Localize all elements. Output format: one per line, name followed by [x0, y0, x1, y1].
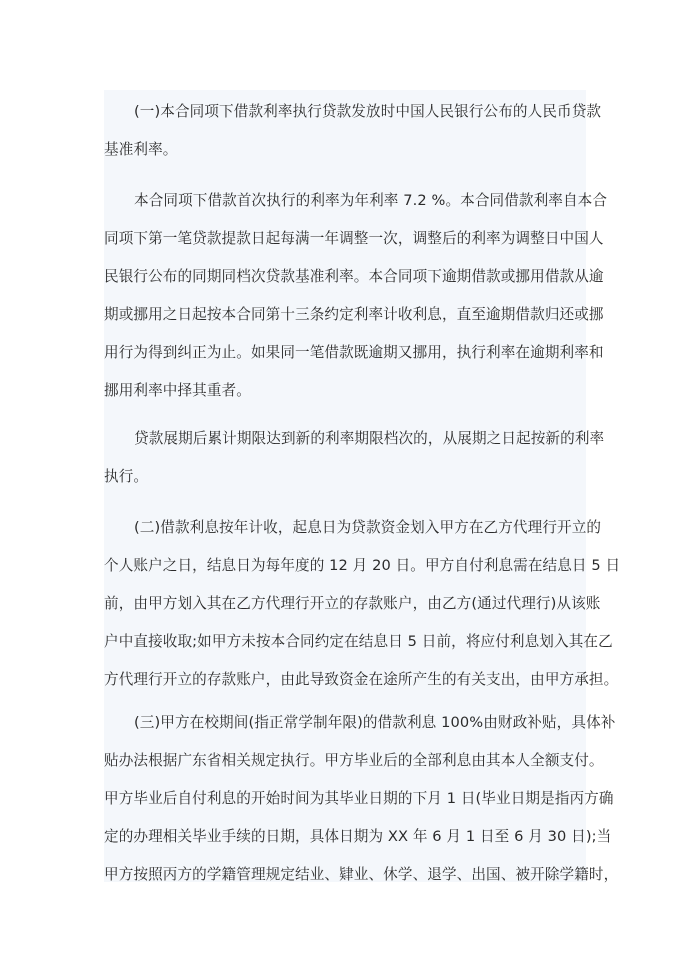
text-line: 甲方按照丙方的学籍管理规定结业、肄业、休学、退学、出国、被开除学籍时，: [104, 856, 586, 894]
paragraph-extension-rate: 贷款展期后累计期限达到新的利率期限档次的，从展期之日起按新的利率 执行。: [104, 420, 586, 496]
text-line: 期或挪用之日起按本合同第十三条约定利率计收利息，直至逾期借款归还或挪: [104, 296, 586, 334]
text-line: 户中直接收取;如甲方未按本合同约定在结息日 5 日前，将应付利息划入其在乙: [104, 623, 586, 661]
text-line: 民银行公布的同期同档次贷款基准利率。本合同项下逾期借款或挪用借款从逾: [104, 258, 586, 296]
text-line: 前，由甲方划入其在乙方代理行开立的存款账户，由乙方(通过代理行)从该账: [104, 585, 586, 623]
text-line: 甲方毕业后自付利息的开始时间为其毕业日期的下月 1 日(毕业日期是指丙方确: [104, 780, 586, 818]
text-line: 同项下第一笔贷款提款日起每满一年调整一次，调整后的利率为调整日中国人: [104, 220, 586, 258]
text-line: (一)本合同项下借款利率执行贷款发放时中国人民银行公布的人民币贷款: [104, 93, 586, 131]
text-line: 定的办理相关毕业手续的日期，具体日期为 XX 年 6 月 1 日至 6 月 30…: [104, 818, 586, 856]
paragraph-loan-rate-basis: (一)本合同项下借款利率执行贷款发放时中国人民银行公布的人民币贷款 基准利率。: [104, 93, 586, 169]
text-line: 执行。: [104, 458, 586, 496]
text-line: 个人账户之日，结息日为每年度的 12 月 20 日。甲方自付利息需在结息日 5 …: [104, 547, 586, 585]
paragraph-interest-collection: (二)借款利息按年计收，起息日为贷款资金划入甲方在乙方代理行开立的 个人账户之日…: [104, 509, 586, 699]
text-line: 用行为得到纠正为止。如果同一笔借款既逾期又挪用，执行利率在逾期利率和: [104, 334, 586, 372]
text-line: 方代理行开立的存款账户，由此导致资金在途所产生的有关支出，由甲方承担。: [104, 661, 586, 699]
text-line: 贴办法根据广东省相关规定执行。甲方毕业后的全部利息由其本人全额支付。: [104, 742, 586, 780]
text-line: (二)借款利息按年计收，起息日为贷款资金划入甲方在乙方代理行开立的: [104, 509, 586, 547]
text-line: 本合同项下借款首次执行的利率为年利率 7.2 %。本合同借款利率自本合: [104, 182, 586, 220]
paragraph-subsidy: (三)甲方在校期间(指正常学制年限)的借款利息 100%由财政补贴，具体补 贴办…: [104, 704, 586, 894]
text-line: 基准利率。: [104, 131, 586, 169]
text-line: 贷款展期后累计期限达到新的利率期限档次的，从展期之日起按新的利率: [104, 420, 586, 458]
text-line: 挪用利率中择其重者。: [104, 372, 586, 410]
paragraph-initial-rate: 本合同项下借款首次执行的利率为年利率 7.2 %。本合同借款利率自本合 同项下第…: [104, 182, 586, 410]
text-line: (三)甲方在校期间(指正常学制年限)的借款利息 100%由财政补贴，具体补: [104, 704, 586, 742]
